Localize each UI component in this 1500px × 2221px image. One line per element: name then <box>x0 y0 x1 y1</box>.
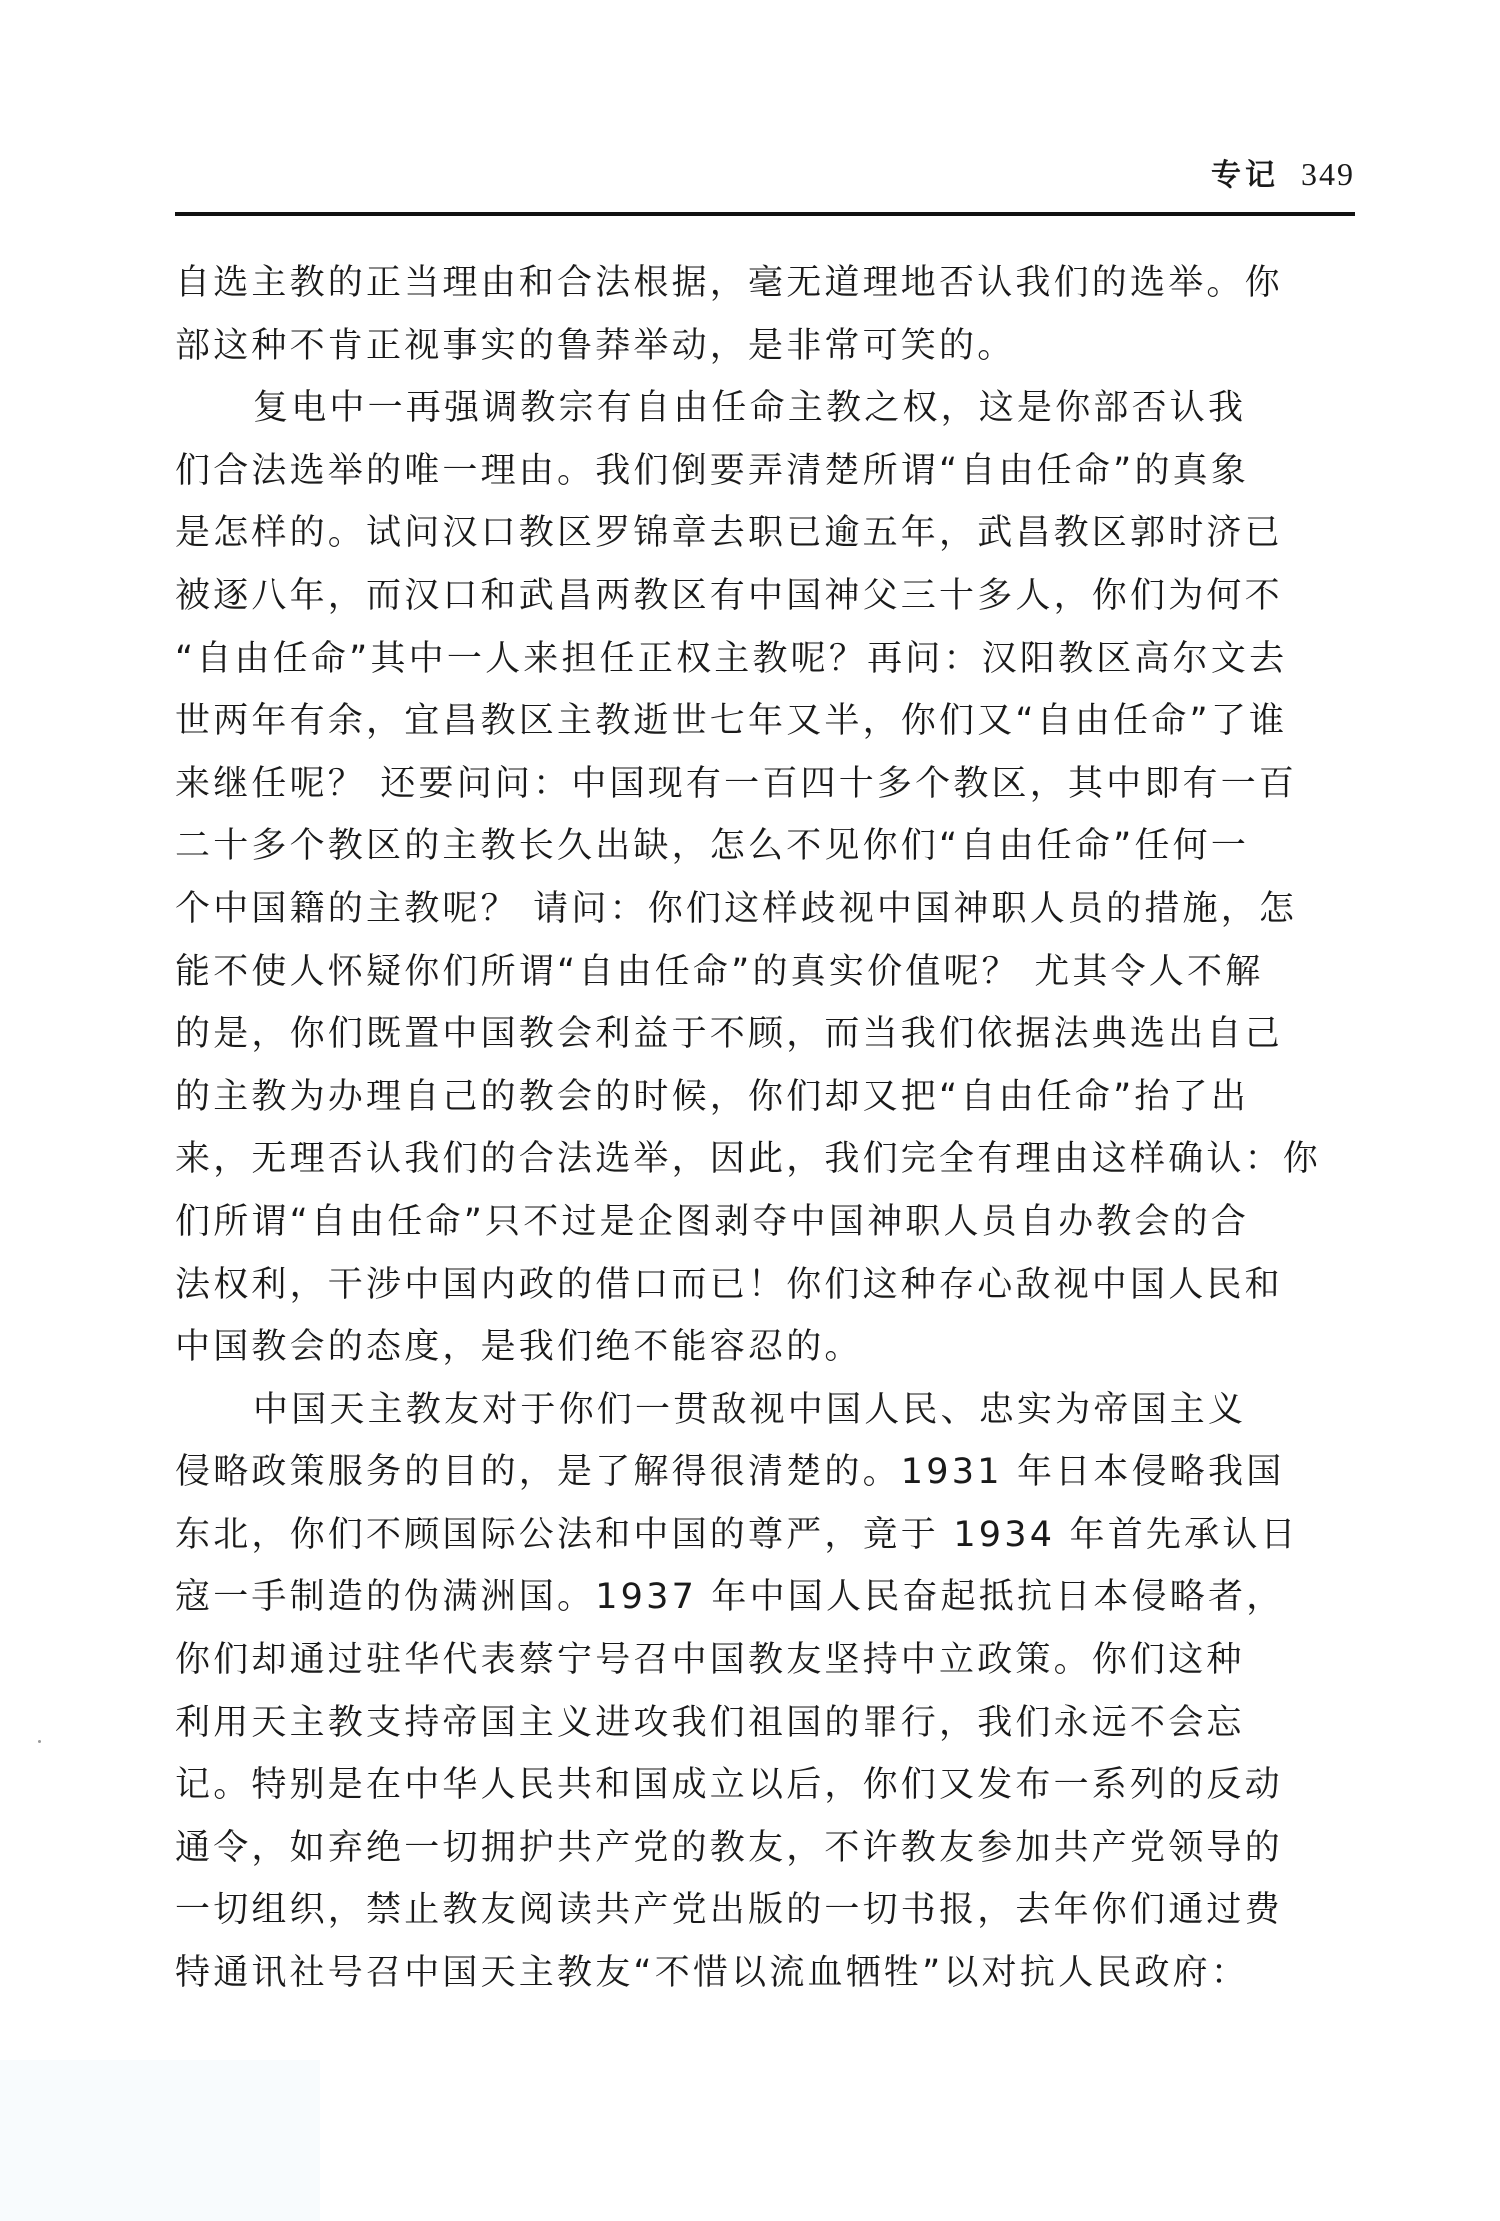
text-line: 的是，你们既置中国教会利益于不顾，而当我们依据法典选出自己 <box>175 1003 1347 1066</box>
text-line: 特通讯社号召中国天主教友“不惜以流血牺牲”以对抗人民政府： <box>175 1942 1347 2005</box>
section-title: 专记 <box>1211 158 1279 193</box>
text-line: 二十多个教区的主教长久出缺，怎么不见你们“自由任命”任何一 <box>175 815 1347 878</box>
text-line: 们合法选举的唯一理由。我们倒要弄清楚所谓“自由任命”的真象 <box>175 440 1347 503</box>
text-line: 来继任呢？ 还要问问：中国现有一百四十多个教区，其中即有一百 <box>175 753 1347 816</box>
text-line: 法权利，干涉中国内政的借口而已！你们这种存心敌视中国人民和 <box>175 1254 1347 1317</box>
text-line: 能不使人怀疑你们所谓“自由任命”的真实价值呢？ 尤其令人不解 <box>175 941 1347 1004</box>
text-line: 来，无理否认我们的合法选举，因此，我们完全有理由这样确认：你 <box>175 1128 1347 1191</box>
text-line: 们所谓“自由任命”只不过是企图剥夺中国神职人员自办教会的合 <box>175 1191 1347 1254</box>
text-line: 侵略政策服务的目的，是了解得很清楚的。1931 年日本侵略我国 <box>175 1441 1347 1504</box>
text-line: 自选主教的正当理由和合法根据，毫无道理地否认我们的选举。你 <box>175 252 1347 315</box>
text-line: 是怎样的。试问汉口教区罗锦章去职已逾五年，武昌教区郭时济已 <box>175 502 1347 565</box>
text-line: 世两年有余，宜昌教区主教逝世七年又半，你们又“自由任命”了谁 <box>175 690 1347 753</box>
text-line: 你们却通过驻华代表蔡宁号召中国教友坚持中立政策。你们这种 <box>175 1629 1347 1692</box>
text-line: 个中国籍的主教呢？ 请问：你们这样歧视中国神职人员的措施，怎 <box>175 878 1347 941</box>
page-number: 349 <box>1301 156 1355 192</box>
text-line: 一切组织，禁止教友阅读共产党出版的一切书报，去年你们通过费 <box>175 1879 1347 1942</box>
scan-speck <box>38 1740 41 1743</box>
running-head: 专记349 <box>1211 150 1355 200</box>
text-line: 东北，你们不顾国际公法和中国的尊严，竟于 1934 年首先承认日 <box>175 1504 1347 1567</box>
text-line: 记。特别是在中华人民共和国成立以后，你们又发布一系列的反动 <box>175 1754 1347 1817</box>
text-line: 通令，如弃绝一切拥护共产党的教友，不许教友参加共产党领导的 <box>175 1817 1347 1880</box>
page-header: 专记349 <box>175 150 1355 210</box>
text-line: 利用天主教支持帝国主义进攻我们祖国的罪行，我们永远不会忘 <box>175 1692 1347 1755</box>
body-text: 自选主教的正当理由和合法根据，毫无道理地否认我们的选举。你 部这种不肯正视事实的… <box>175 252 1347 2005</box>
text-line: 中国教会的态度，是我们绝不能容忍的。 <box>175 1316 1347 1379</box>
scan-speck <box>538 590 540 592</box>
text-line: 的主教为办理自己的教会的时候，你们却又把“自由任命”抬了出 <box>175 1066 1347 1129</box>
text-line: 部这种不肯正视事实的鲁莽举动，是非常可笑的。 <box>175 315 1347 378</box>
text-line: 寇一手制造的伪满洲国。1937 年中国人民奋起抵抗日本侵略者， <box>175 1566 1347 1629</box>
paragraph-start-line: 复电中一再强调教宗有自由任命主教之权，这是你部否认我 <box>175 377 1347 440</box>
text-line: “自由任命”其中一人来担任正权主教呢？再问：汉阳教区高尔文去 <box>175 628 1347 691</box>
text-line: 被逐八年，而汉口和武昌两教区有中国神父三十多人，你们为何不 <box>175 565 1347 628</box>
header-rule <box>175 212 1355 216</box>
paragraph-start-line: 中国天主教友对于你们一贯敌视中国人民、忠实为帝国主义 <box>175 1379 1347 1442</box>
scan-artifact-tint <box>0 2060 320 2221</box>
